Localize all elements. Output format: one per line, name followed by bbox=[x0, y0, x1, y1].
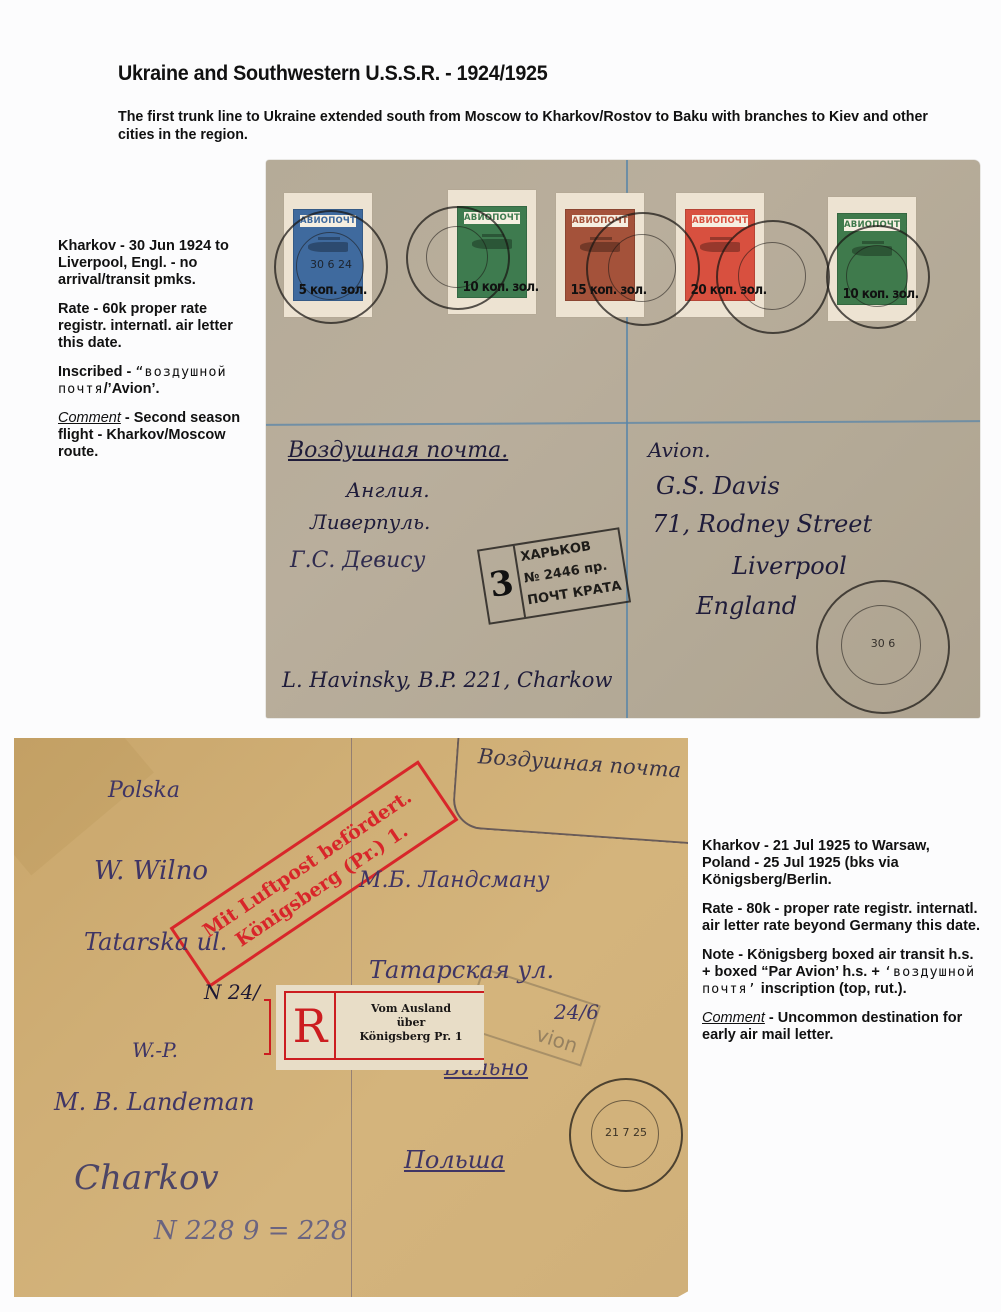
label-line1: Vom Ausland bbox=[342, 1002, 480, 1016]
inscribed-label: Inscribed - bbox=[58, 364, 135, 380]
stamp: АВИОПОЧТА15 коп. зол. bbox=[556, 193, 644, 317]
stamp-surcharge: 20 коп. зол. bbox=[691, 283, 752, 298]
stamp-header: АВИОПОЧТА bbox=[299, 214, 357, 228]
stamp-header: АВИОПОЧТА bbox=[843, 218, 901, 232]
stamp-surcharge: 5 коп. зол. bbox=[299, 283, 360, 298]
stamp: АВИОПОЧТА20 коп. зол. bbox=[676, 193, 764, 317]
pencil-air-mail-box: Воздушная почта bbox=[451, 738, 688, 844]
handwriting-initials: W.-P. bbox=[132, 1038, 178, 1062]
registration-letter: R bbox=[286, 993, 336, 1058]
arrival-postmark: 30 6 bbox=[816, 580, 950, 714]
stamp-surcharge: 10 коп. зол. bbox=[463, 280, 524, 295]
handwriting-city: Liverpool bbox=[732, 552, 847, 580]
airplane-icon bbox=[700, 242, 740, 252]
airplane-icon bbox=[852, 246, 892, 256]
cover1-rate: Rate - 60k proper rate registr. internat… bbox=[58, 301, 258, 352]
cover2-note: Note - Königsberg boxed air transit h.s.… bbox=[702, 947, 982, 998]
airplane-icon bbox=[472, 239, 512, 249]
stamp: АВИОПОЧТА10 коп. зол. bbox=[828, 197, 916, 321]
handwriting-air-mail-ru: Воздушная почта. bbox=[288, 438, 508, 463]
handwriting-addressee: G.S. Davis bbox=[656, 472, 780, 500]
handwriting-sender-city: Charkov bbox=[74, 1158, 219, 1198]
stamp-header: АВИОПОЧТА bbox=[571, 214, 629, 228]
registration-line-horizontal bbox=[266, 420, 980, 426]
handwriting-recipient-ru: М.Б. Ландсману bbox=[359, 868, 550, 893]
stamp-design: АВИОПОЧТА20 коп. зол. bbox=[685, 209, 755, 301]
handwriting-country-ru: Англия. bbox=[346, 478, 430, 502]
stamp: АВИОПОЧТА10 коп. зол. bbox=[448, 190, 536, 314]
handwriting-city-ru: Ливерпуль. bbox=[310, 510, 430, 534]
stamp-design: АВИОПОЧТА5 коп. зол. bbox=[293, 209, 363, 301]
comment-label: Comment bbox=[702, 1010, 765, 1026]
handwriting-sender: L. Havinsky, B.P. 221, Charkow bbox=[282, 668, 612, 692]
stamp-header: АВИОПОЧТА bbox=[691, 214, 749, 228]
kharkov-postmark-date: 21 7 25 bbox=[571, 1126, 681, 1139]
cover1-comment: Comment - Second season flight - Kharkov… bbox=[58, 410, 258, 461]
handwriting-recipient: M. B. Landeman bbox=[54, 1088, 255, 1116]
handwriting-country: England bbox=[696, 592, 797, 620]
pencil-air-mail-text: Воздушная почта bbox=[477, 743, 682, 783]
cover1-origin: Kharkov - 30 Jun 1924 to Liverpool, Engl… bbox=[58, 238, 258, 289]
cover2-rate: Rate - 80k - proper rate registr. intern… bbox=[702, 901, 982, 935]
stamp-design: АВИОПОЧТА15 коп. зол. bbox=[565, 209, 635, 301]
registration-text: ХАРЬКОВ № 2446 пр. ПОЧТ КРАТА bbox=[519, 532, 623, 612]
cover1-inscribed: Inscribed - “воздушной почтя/’Avion’. bbox=[58, 364, 258, 398]
stamp-surcharge: 15 коп. зол. bbox=[571, 283, 632, 298]
cover1-description: Kharkov - 30 Jun 1924 to Liverpool, Engl… bbox=[58, 238, 258, 473]
cover2-origin: Kharkov - 21 Jul 1925 to Warsaw, Poland … bbox=[702, 838, 982, 889]
handwriting-avion: Avion. bbox=[648, 438, 711, 462]
registration-handstamp: 3 ХАРЬКОВ № 2446 пр. ПОЧТ КРАТА bbox=[477, 527, 631, 625]
cover2-description: Kharkov - 21 Jul 1925 to Warsaw, Poland … bbox=[702, 838, 982, 1056]
handwriting-country-ru: Польша bbox=[404, 1146, 505, 1174]
stamp-design: АВИОПОЧТА10 коп. зол. bbox=[457, 206, 527, 298]
handwriting-street: 71, Rodney Street bbox=[652, 510, 872, 538]
handwriting-street: Tatarska ul. bbox=[84, 928, 227, 956]
inscribed-latin: /’Avion’. bbox=[104, 381, 160, 397]
stamp-surcharge: 10 коп. зол. bbox=[843, 287, 904, 302]
handwriting-street-ru: Татарская ул. bbox=[369, 956, 554, 984]
page-title: Ukraine and Southwestern U.S.S.R. - 1924… bbox=[118, 62, 547, 86]
kharkov-postmark: 21 7 25 bbox=[569, 1078, 683, 1192]
label-edge bbox=[264, 999, 271, 1055]
label-line3: Königsberg Pr. 1 bbox=[342, 1030, 480, 1044]
handwriting-country: Polska bbox=[108, 778, 180, 803]
label-frame: R Vom Ausland über Königsberg Pr. 1 bbox=[284, 991, 484, 1060]
page-subtitle: The first trunk line to Ukraine extended… bbox=[118, 108, 935, 144]
handwriting-name-ru: Г.С. Девису bbox=[290, 548, 425, 573]
stamp: АВИОПОЧТА5 коп. зол. bbox=[284, 193, 372, 317]
stamp-design: АВИОПОЧТА10 коп. зол. bbox=[837, 213, 907, 305]
note-suffix: inscription (top, rut.). bbox=[757, 981, 907, 997]
registration-number: 3 bbox=[479, 546, 526, 623]
comment-label: Comment bbox=[58, 410, 121, 426]
handwriting-house: N 24/ bbox=[204, 980, 260, 1004]
par-avion-text: vion bbox=[533, 1022, 581, 1058]
stamp-header: АВИОПОЧТА bbox=[463, 211, 521, 225]
cover2-comment: Comment - Uncommon destination for early… bbox=[702, 1010, 982, 1044]
airplane-icon bbox=[580, 242, 620, 252]
handwriting-city: W. Wilno bbox=[94, 856, 208, 886]
label-line2: über bbox=[342, 1016, 480, 1030]
cover-1924-kharkov-liverpool: АВИОПОЧТА5 коп. зол.АВИОПОЧТА10 коп. зол… bbox=[266, 160, 980, 718]
arrival-postmark-date: 30 6 bbox=[818, 637, 948, 650]
handwriting-number: N 228 9 = 228 bbox=[154, 1216, 347, 1246]
fold-shadow bbox=[14, 738, 154, 875]
registration-label-text: Vom Ausland über Königsberg Pr. 1 bbox=[342, 1002, 480, 1044]
airplane-icon bbox=[308, 242, 348, 252]
registration-label: R Vom Ausland über Königsberg Pr. 1 bbox=[276, 985, 484, 1070]
